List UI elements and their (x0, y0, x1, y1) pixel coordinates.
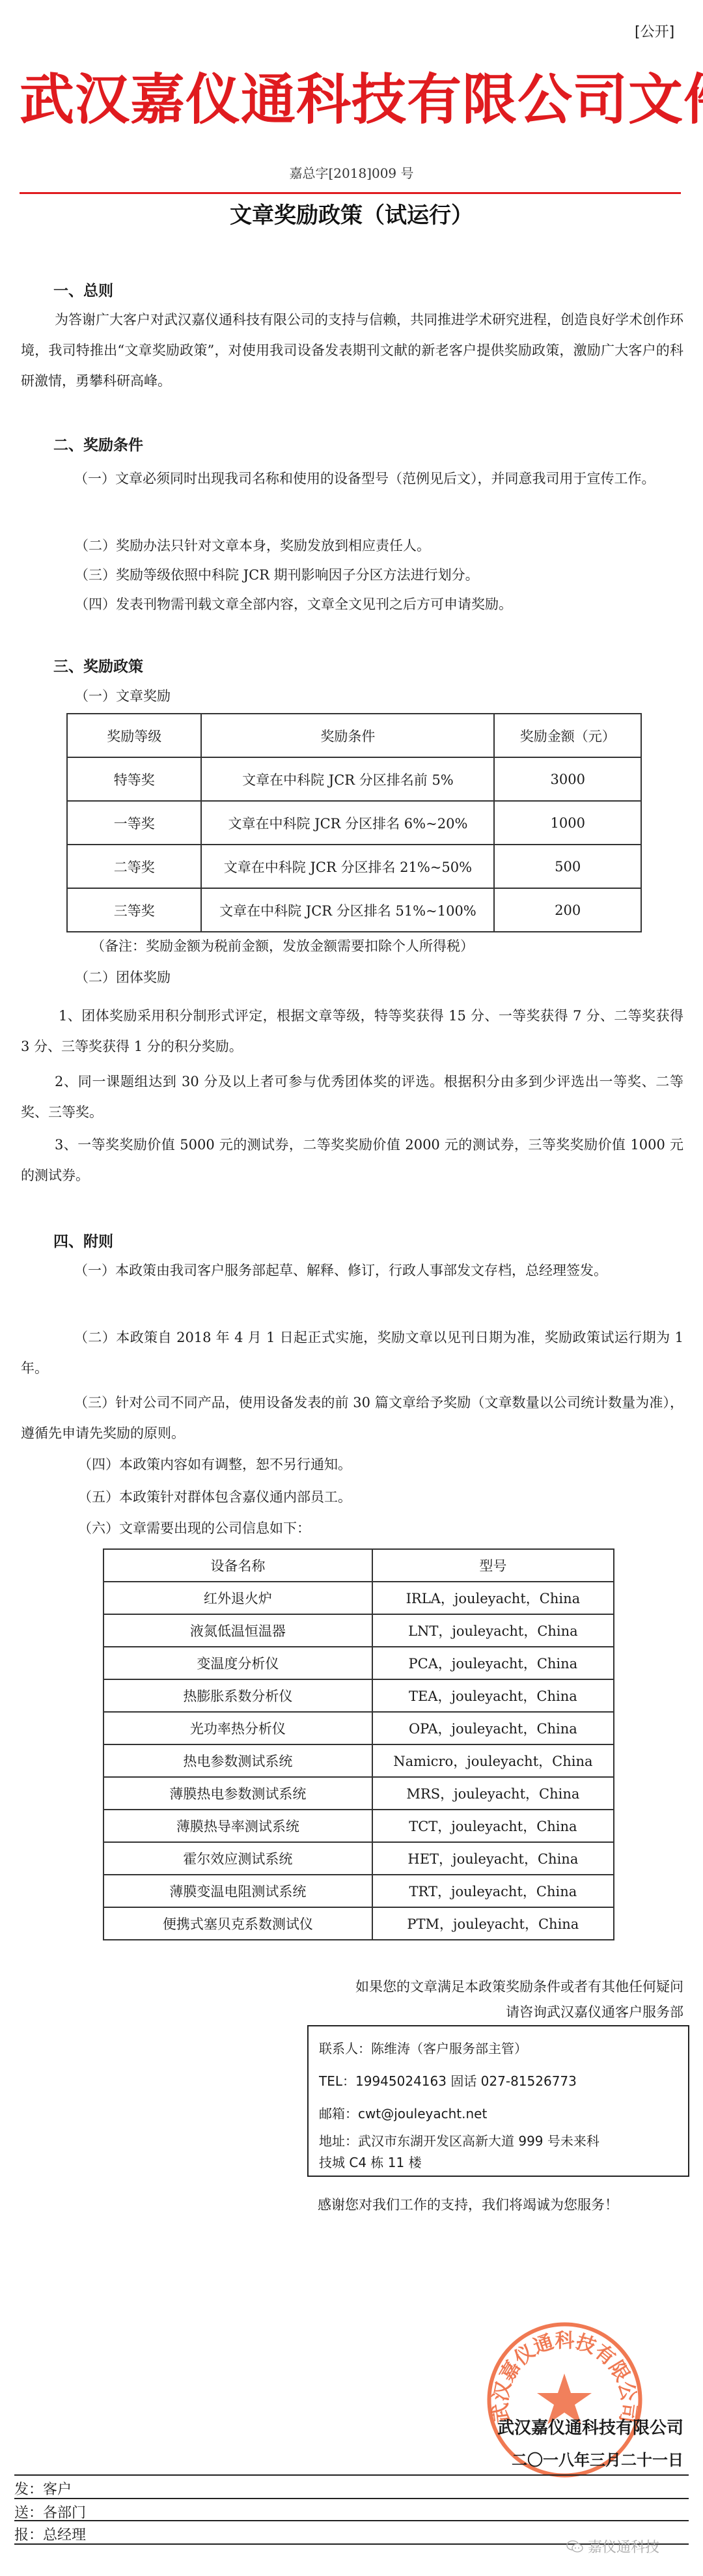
appendix-item: （一）本政策由我司客户服务部起草、解释、修订，行政人事部发文存档，总经理签发。 (21, 1255, 683, 1286)
table-row: 二等奖 文章在中科院 JCR 分区排名 21%~50% 500 (67, 845, 641, 888)
contact-address-line-2: 技城 C4 栋 11 楼 (319, 2152, 422, 2171)
equipment-model: TCT，jouleyacht，China (372, 1810, 614, 1842)
equipment-name: 薄膜热导率测试系统 (103, 1810, 372, 1842)
condition-item: （一）文章必须同时出现我司名称和使用的设备型号（范例见后文），并同意我司用于宣传… (21, 464, 683, 494)
section-general-paragraph: 为答谢广大客户对武汉嘉仪通科技有限公司的支持与信赖，共同推进学术研究进程，创造良… (21, 305, 683, 397)
equipment-name: 薄膜热电参数测试系统 (103, 1777, 372, 1810)
reward-condition: 文章在中科院 JCR 分区排名 51%~100% (201, 888, 494, 932)
table-header-row: 奖励等级 奖励条件 奖励金额（元） (67, 714, 641, 757)
equipment-name: 光功率热分析仪 (103, 1712, 372, 1744)
section-heading-appendix: 四、附则 (53, 1229, 113, 1251)
appendix-item: （五）本政策针对群体包含嘉仪通内部员工。 (78, 1487, 351, 1506)
appendix-item: （四）本政策内容如有调整，恕不另行通知。 (78, 1454, 351, 1474)
table-row: 薄膜热电参数测试系统MRS，jouleyacht，China (103, 1777, 614, 1810)
contact-person: 联系人：陈维涛（客户服务部主管） (319, 2038, 527, 2057)
distribution-to: 发：客户 (14, 2478, 72, 2499)
reward-level: 特等奖 (67, 757, 201, 801)
appendix-item: （六）文章需要出现的公司信息如下： (78, 1518, 310, 1537)
equipment-model: IRLA，jouleyacht，China (372, 1582, 614, 1614)
wechat-watermark: 嘉仪通科技 (566, 2536, 659, 2556)
condition-item: （三）奖励等级依照中科院 JCR 期刊影响因子分区方法进行划分。 (75, 565, 479, 584)
condition-item: （二）奖励办法只针对文章本身，奖励发放到相应责任人。 (75, 535, 430, 555)
table-row: 热电参数测试系统Namicro，jouleyacht，China (103, 1744, 614, 1777)
reward-amount: 200 (494, 888, 641, 932)
table-row: 特等奖 文章在中科院 JCR 分区排名前 5% 3000 (67, 757, 641, 801)
watermark-text: 嘉仪通科技 (588, 2540, 659, 2556)
table-row: 光功率热分析仪OPA，jouleyacht，China (103, 1712, 614, 1744)
reward-condition: 文章在中科院 JCR 分区排名前 5% (201, 757, 494, 801)
group-reward-item: 1、团体奖励采用积分制形式评定，根据文章等级，特等奖获得 15 分、一等奖获得 … (21, 1001, 683, 1062)
table-row: 三等奖 文章在中科院 JCR 分区排名 51%~100% 200 (67, 888, 641, 932)
wechat-icon (566, 2540, 588, 2556)
reward-level: 三等奖 (67, 888, 201, 932)
appendix-item: （二）本政策自 2018 年 4 月 1 日起正式实施，奖励文章以见刊日期为准，… (21, 1323, 683, 1384)
reward-condition: 文章在中科院 JCR 分区排名 6%~20% (201, 801, 494, 845)
column-header: 设备名称 (103, 1549, 372, 1582)
section-heading-conditions: 二、奖励条件 (53, 433, 143, 455)
condition-item: （四）发表刊物需刊载文章全部内容，文章全文见刊之后方可申请奖励。 (75, 594, 512, 613)
distribution-cc: 送：各部门 (14, 2502, 86, 2522)
reward-level: 一等奖 (67, 801, 201, 845)
appendix-item: （三）针对公司不同产品，使用设备发表的前 30 篇文章给予奖励（文章数量以公司统… (21, 1388, 683, 1449)
divider (14, 2474, 689, 2476)
table-row: 薄膜热导率测试系统TCT，jouleyacht，China (103, 1810, 614, 1842)
table-row: 一等奖 文章在中科院 JCR 分区排名 6%~20% 1000 (67, 801, 641, 845)
reward-amount: 500 (494, 845, 641, 888)
equipment-model: LNT，jouleyacht，China (372, 1614, 614, 1647)
public-badge: [公开] (635, 21, 674, 41)
red-divider (20, 192, 681, 194)
table-row: 红外退火炉IRLA，jouleyacht，China (103, 1582, 614, 1614)
table-row: 变温度分析仪PCA，jouleyacht，China (103, 1647, 614, 1679)
equipment-model: PTM，jouleyacht，China (372, 1907, 614, 1940)
equipment-model: TEA，jouleyacht，China (372, 1679, 614, 1712)
distribution-report: 报：总经理 (14, 2524, 86, 2544)
reward-amount: 3000 (494, 757, 641, 801)
table-row: 便携式塞贝克系数测试仪PTM，jouleyacht，China (103, 1907, 614, 1940)
equipment-model: HET，jouleyacht，China (372, 1842, 614, 1875)
document-number: 嘉总字[2018]009 号 (0, 163, 703, 182)
closing-line-2: 请咨询武汉嘉仪通客户服务部 (506, 2002, 683, 2021)
equipment-table: 设备名称 型号 红外退火炉IRLA，jouleyacht，China 液氮低温恒… (103, 1548, 614, 1940)
section-heading-policy: 三、奖励政策 (53, 654, 143, 676)
divider (14, 2520, 689, 2521)
subheading-group-reward: （二）团体奖励 (75, 967, 171, 987)
column-header: 奖励条件 (201, 714, 494, 757)
group-reward-item: 2、同一课题组达到 30 分及以上者可参与优秀团体奖的评选。根据积分由多到少评选… (21, 1067, 683, 1128)
reward-level: 二等奖 (67, 845, 201, 888)
document-title: 文章奖励政策（试运行） (0, 197, 703, 229)
table-row: 霍尔效应测试系统HET，jouleyacht，China (103, 1842, 614, 1875)
signature-date: 二〇一八年三月二十一日 (512, 2447, 683, 2470)
column-header: 奖励金额（元） (494, 714, 641, 757)
equipment-name: 热膨胀系数分析仪 (103, 1679, 372, 1712)
contact-box: 联系人：陈维涛（客户服务部主管） TEL：19945024163 固话 027-… (307, 2025, 689, 2177)
equipment-name: 液氮低温恒温器 (103, 1614, 372, 1647)
contact-address-line-1: 地址：武汉市东湖开发区高新大道 999 号未来科 (319, 2131, 600, 2149)
thanks-line: 感谢您对我们工作的支持，我们将竭诚为您服务！ (318, 2194, 618, 2214)
closing-line-1: 如果您的文章满足本政策奖励条件或者有其他任何疑问 (355, 1976, 683, 1996)
equipment-model: MRS，jouleyacht，China (372, 1777, 614, 1810)
equipment-name: 热电参数测试系统 (103, 1744, 372, 1777)
equipment-model: PCA，jouleyacht，China (372, 1647, 614, 1679)
table-header-row: 设备名称 型号 (103, 1549, 614, 1582)
contact-email[interactable]: 邮箱：cwt@jouleyacht.net (319, 2103, 487, 2122)
reward-table: 奖励等级 奖励条件 奖励金额（元） 特等奖 文章在中科院 JCR 分区排名前 5… (66, 713, 642, 932)
equipment-name: 霍尔效应测试系统 (103, 1842, 372, 1875)
equipment-name: 薄膜变温电阻测试系统 (103, 1875, 372, 1907)
table-row: 热膨胀系数分析仪TEA，jouleyacht，China (103, 1679, 614, 1712)
column-header: 奖励等级 (67, 714, 201, 757)
reward-note: （备注：奖励金额为税前金额，发放金额需要扣除个人所得税） (91, 936, 474, 955)
reward-condition: 文章在中科院 JCR 分区排名 21%~50% (201, 845, 494, 888)
reward-amount: 1000 (494, 801, 641, 845)
contact-phone[interactable]: TEL：19945024163 固话 027-81526773 (319, 2071, 577, 2090)
column-header: 型号 (372, 1549, 614, 1582)
org-title: 武汉嘉仪通科技有限公司文件 (20, 64, 683, 135)
divider (14, 2498, 689, 2499)
equipment-model: TRT，jouleyacht，China (372, 1875, 614, 1907)
subheading-article-reward: （一）文章奖励 (75, 686, 171, 705)
table-row: 液氮低温恒温器LNT，jouleyacht，China (103, 1614, 614, 1647)
equipment-model: OPA，jouleyacht，China (372, 1712, 614, 1744)
group-reward-item: 3、一等奖奖励价值 5000 元的测试券，二等奖奖励价值 2000 元的测试券，… (21, 1130, 683, 1191)
equipment-name: 便携式塞贝克系数测试仪 (103, 1907, 372, 1940)
equipment-name: 红外退火炉 (103, 1582, 372, 1614)
equipment-name: 变温度分析仪 (103, 1647, 372, 1679)
section-heading-general: 一、总则 (53, 279, 113, 300)
signature-company: 武汉嘉仪通科技有限公司 (497, 2415, 683, 2439)
equipment-model: Namicro，jouleyacht，China (372, 1744, 614, 1777)
table-row: 薄膜变温电阻测试系统TRT，jouleyacht，China (103, 1875, 614, 1907)
